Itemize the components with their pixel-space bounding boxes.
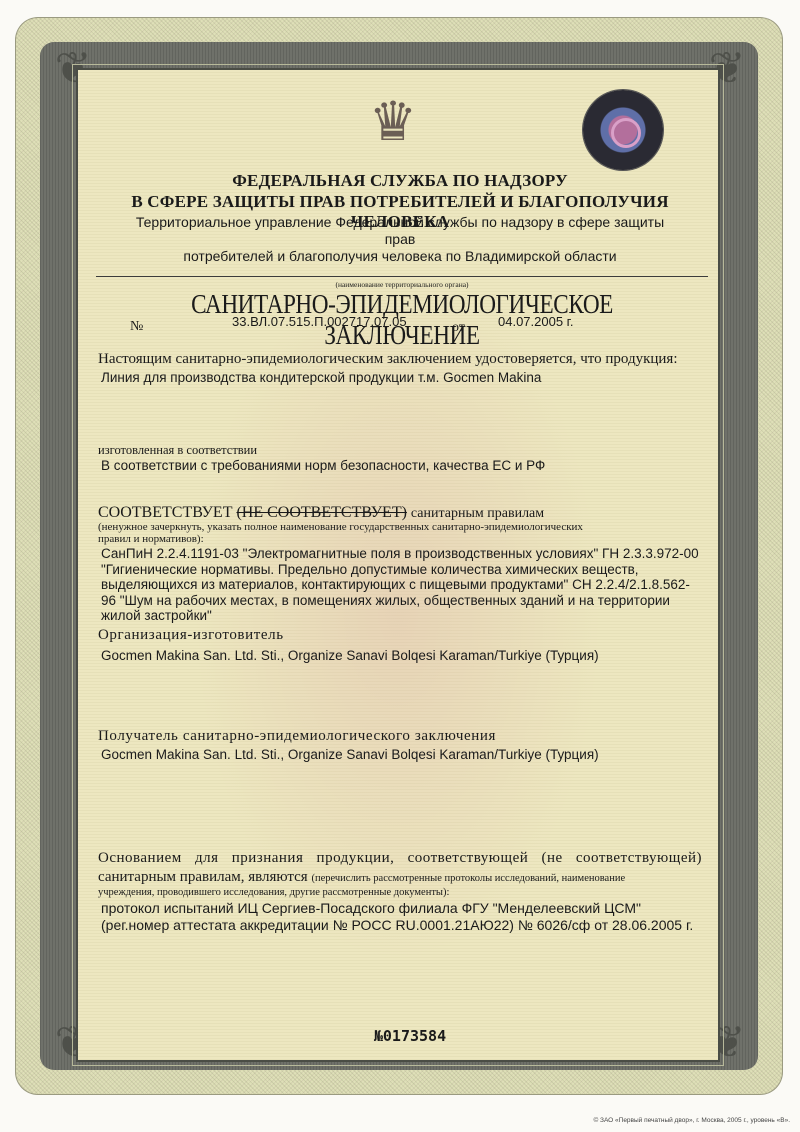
territorial-line2: потребителей и благополучия человека по … [120,248,680,265]
printer-note: © ЗАО «Первый печатный двор», г. Москва,… [540,1117,790,1124]
basis-text: санитарным правилам, являются [98,869,308,885]
manufacturer-value: Gocmen Makina San. Ltd. Sti., Organize S… [101,648,599,663]
agency-name-line1: ФЕДЕРАЛЬНАЯ СЛУЖБА ПО НАДЗОРУ [120,171,680,191]
basis-note-line2: учреждения, проводившего исследования, д… [98,887,449,898]
made-in-accordance-label: изготовленная в соответствии [98,443,257,458]
basis-note-inline: (перечислить рассмотренные протоколы исс… [311,873,625,884]
test-protocol: протокол испытаний ИЦ Сергиев-Посадского… [101,900,701,934]
complies-suffix: санитарным правилам [411,506,544,521]
basis-line1: Основанием для признания продукции, соот… [98,850,702,867]
recipient-label: Получатель санитарно-эпидемиологического… [98,728,496,745]
document-date: 04.07.2005 г. [498,314,573,329]
intro-text: Настоящим санитарно-эпидемиологическим з… [98,351,678,368]
date-label: от [452,320,465,336]
product-name: Линия для производства кондитерской прод… [101,370,541,385]
made-in-accordance-value: В соответствии с требованиями норм безоп… [101,458,545,473]
document-number: 33.ВЛ.07.515.П.002717.07.05 [232,314,407,329]
not-complies-struck-text: (НЕ СООТВЕТСТВУЕТ) [236,504,406,521]
compliance-note-line1: (ненужное зачеркнуть, указать полное наи… [98,521,678,533]
compliance-statement: СООТВЕТСТВУЕТ (НЕ СООТВЕТСТВУЕТ) санитар… [98,504,544,522]
certificate-content: ♛ ФЕДЕРАЛЬНАЯ СЛУЖБА ПО НАДЗОРУ В СФЕРЕ … [0,0,800,1132]
territorial-line1: Территориальное управление Федеральной с… [120,214,680,248]
compliance-note: (ненужное зачеркнуть, указать полное наи… [98,521,678,545]
russian-coat-of-arms-icon: ♛ [360,86,426,158]
territorial-authority: Территориальное управление Федеральной с… [120,214,680,265]
sanitary-norms: СанПиН 2.2.4.1191-03 "Электромагнитные п… [101,546,701,624]
number-label: № [130,319,143,335]
territorial-caption: (наименование территориального органа) [96,280,708,289]
recipient-value: Gocmen Makina San. Ltd. Sti., Organize S… [101,747,599,762]
serial-number: №0173584 [350,1027,470,1045]
compliance-note-line2: правил и нормативов): [98,533,678,545]
basis-line2: санитарным правилам, являются (перечисли… [98,869,702,886]
complies-text: СООТВЕТСТВУЕТ [98,504,232,521]
divider [96,276,708,277]
security-hologram-icon [583,90,663,170]
manufacturer-label: Организация-изготовитель [98,627,284,644]
